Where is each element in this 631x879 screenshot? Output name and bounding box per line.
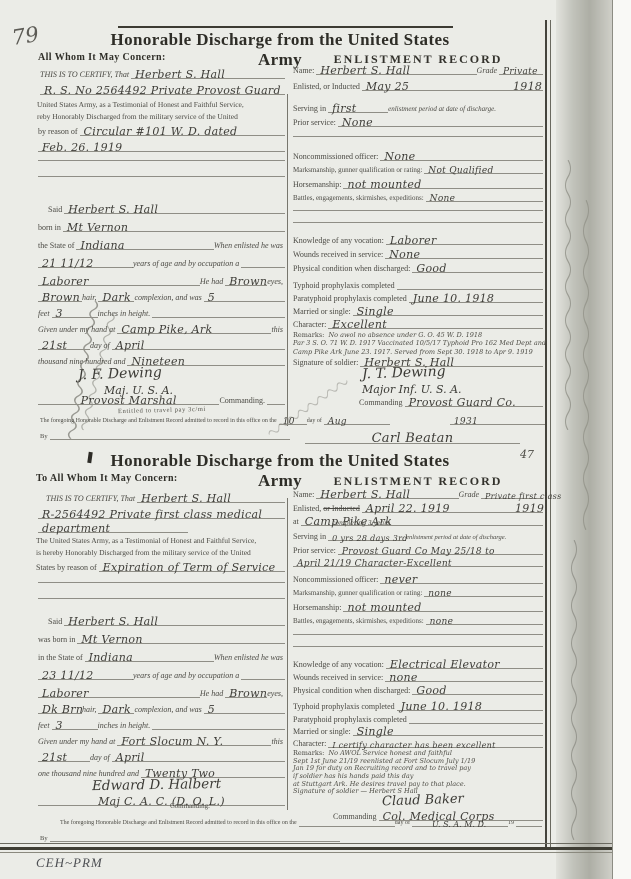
certify-line: THIS IS TO CERTIFY, That Herbert S. Hall [46,494,285,503]
er-paratyphoid-line: Paratyphoid prophylaxis completed June 1… [293,294,543,303]
serial-line: R-2564492 Private first class medical [38,510,285,519]
bottom-edge-rule-2 [0,847,612,850]
er-wounds-line: Wounds received in service: none [293,673,543,682]
blank-rule [293,646,543,647]
said-line: Said Herbert S. Hall [48,617,285,626]
soldier-name-hw: Herbert S. Hall [131,70,225,80]
er-nco-line: Noncommissioned officer: never [293,575,543,584]
age-line: 23 11/12 years of age and by occupation … [38,671,285,680]
er-officer-signature: Claud Baker [382,792,464,810]
said-line: Said Herbert S. Hall [48,205,285,214]
er-typhoid-line: Typhoid prophylaxis completed June 10. 1… [293,702,543,711]
serial-line: R. S. No 2564492 Private Provost Guard [40,86,285,95]
born-line: born in Mt Vernon [38,223,285,232]
cert2-salutation: To All Whom It May Concern: [36,473,178,484]
er-remarks: Remarks: No AWOL Service honest and fait… [293,750,555,796]
commanding-label: Commanding. [170,802,210,810]
er-marksmanship-line: Marksmanship, gunner qualification or ra… [293,589,543,597]
certify-line: THIS IS TO CERTIFY, That Herbert S. Hall [40,70,285,79]
record-by-line: By [40,835,340,842]
er-married-line: Married or single: Single [293,727,543,736]
height-line: feet 3 inches in height. [38,309,285,318]
state-line: the State of Indiana When enlisted he wa… [38,241,285,250]
given-line: Given under my hand at Camp Pike, Ark th… [38,325,285,334]
testimonial-line: United States Army, as a Testimonial of … [37,100,244,109]
blank-rule [293,136,543,137]
reason-line: States by reason of Expiration of Term o… [36,563,285,572]
er-paratyphoid-line: Paratyphoid prophylaxis completed [293,715,543,724]
page-edge-rule-2 [550,20,551,848]
er-marksmanship-line: Marksmanship, gunner qualification or ra… [293,166,543,174]
given-line: Given under my hand at Fort Slocum N. Y.… [38,737,285,746]
officer-signature: Edward D. Halbert [92,776,221,794]
er-typhoid-line: Typhoid prophylaxis completed [293,281,543,290]
er-name-line: Name: Herbert S. Hall Grade Private firs… [293,490,543,499]
discharge-line: reby Honorably Discharged from the milit… [37,112,238,121]
er-prior-line: Prior service: Provost Guard Co May 25/1… [293,546,543,555]
occupation-line: Laborer He had Brown eyes, [38,689,285,698]
er-serving-line: Serving in first enlistment period at da… [293,104,543,113]
page-number: 79 [10,22,40,50]
officer-signature: J. F. Dewing [78,365,162,384]
born-line: was born in Mt Vernon [38,635,285,644]
er-prior-line: Prior service: None [293,118,543,127]
bottom-edge-rule-1 [0,843,612,844]
er-officer-signature: J. T. Dewing [362,364,446,383]
column-divider [287,498,288,810]
discharge-line: is hereby Honorably Discharged from the … [36,548,251,557]
margin-handwriting-squiggle [568,540,580,840]
age-line: 21 11/12 years of age and by occupation … [38,259,285,268]
bottom-edge-rule-3 [0,852,612,853]
column-divider [287,94,288,426]
testimonial-line: The United States Army, as a Testimonial… [36,536,256,545]
er-at-line: at Camp Pike Ark [293,517,543,526]
film-edge [612,0,631,879]
er-nco-line: Noncommissioned officer: None [293,152,543,161]
er-wounds-line: Wounds received in service: None [293,250,543,259]
blank-rule [293,210,543,211]
er-serving-note: completing 3 years [332,520,390,528]
archive-caption: CEH~PRM [36,855,103,871]
day-line: 21st day of April [38,341,285,350]
er-enlisted-line: Enlisted, or Inducted May 25 1918 [293,82,543,91]
reason-hw: Circular #101 W. D. dated [80,127,238,137]
reason-line: by reason of Circular #101 W. D. dated [38,127,285,136]
er-officer-rank: Major Inf. U. S. A. [362,383,462,396]
er-battles-line: Battles, engagements, skirmishes, expedi… [293,194,543,202]
hair-line: Dk Brn hair, Dark complexion, and was 5 [38,705,285,714]
reason-date-hw: Feb. 26. 1919 [38,143,122,153]
er-commanding-line: Commanding Col. Medical Corps [293,812,543,821]
er-commanding-sub: U. S. A. M. D. [432,820,486,829]
record-admit-line: The foregoing Honorable Discharge and En… [40,418,545,425]
officer-rank-line: Maj C. A. C. (D. O. L.) [38,797,285,806]
blank-rule [38,598,285,599]
er-remarks: Remarks: No awol no absence under G. O. … [293,331,555,356]
er-prior-line-2: April 21/19 Character-Excellent [293,560,543,567]
serial-line-2: department [38,524,188,533]
er-character-line: Character: Excellent [293,320,543,329]
margin-handwriting-squiggle [580,200,592,530]
er-battles-line: Battles, engagements, skirmishes, expedi… [293,617,543,625]
er-horsemanship-line: Horsemanship: not mounted [293,603,543,612]
page-edge-rule [545,20,547,848]
state-line: in the State of Indiana When enlisted he… [38,653,285,662]
height-line: feet 3 inches in height. [38,721,285,730]
blank-rule [293,222,543,223]
er-vocation-line: Knowledge of any vocation: Laborer [293,236,543,245]
er-enlisted-line: Enlisted, or Inducted April 22. 1919 191… [293,504,543,513]
record-by-line: By [40,433,290,440]
hair-line: Brown hair, Dark complexion, and was 5 [38,293,285,302]
commanding-line: Provost Marshal Commanding. [38,396,285,405]
day-line: 21st day of April [38,753,285,762]
ink-scribble [266,375,351,439]
cert2-number-hw: 47 [520,448,534,461]
cert1-salutation: All Whom It May Concern: [38,52,166,63]
margin-handwriting-squiggle [562,160,574,430]
er-horsemanship-line: Horsemanship: not mounted [293,180,543,189]
er-physical-line: Physical condition when discharged: Good [293,686,543,695]
er-commanding-line: Commanding Provost Guard Co. [293,398,543,407]
travel-pay-stamp: Entitled to travel pay 3c/mi [118,406,206,415]
er-serving-line: Serving in 0 yrs 28 days 3rd enlistment … [293,532,543,541]
blank-rule [293,634,543,635]
blank-rule [38,582,285,583]
cert2-er-heading: ENLISTMENT RECORD [293,474,543,489]
title-top-rule [118,26,453,28]
er-vocation-line: Knowledge of any vocation: Electrical El… [293,660,543,669]
reason-line-2: Feb. 26. 1919 [38,143,285,152]
scanned-discharge-page: 79 CEH~PRM Honorable Discharge from the … [0,0,631,879]
serial-hw: R. S. No 2564492 Private Provost Guard [40,86,281,96]
er-character-line: Character: I certify character has been … [293,739,543,748]
clerk-signature-line: Carl Beatan [305,433,520,444]
er-physical-line: Physical condition when discharged: Good [293,264,543,273]
er-name-line: Name: Herbert S. Hall Grade Private [293,66,543,75]
er-married-line: Married or single: Single [293,307,543,316]
occupation-line: Laborer He had Brown eyes, [38,277,285,286]
blank-rule [38,160,285,161]
blank-rule [38,176,285,177]
